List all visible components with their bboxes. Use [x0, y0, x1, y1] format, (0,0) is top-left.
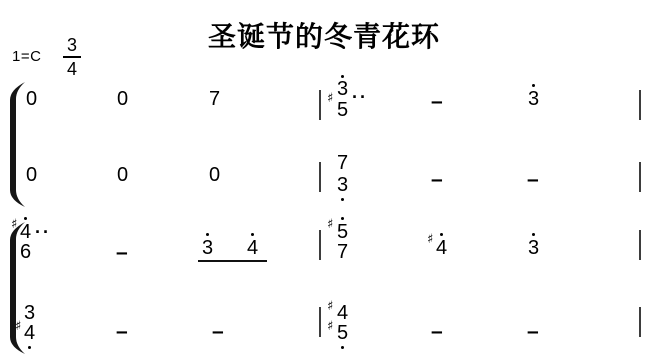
chord-note-top: 3	[24, 303, 35, 323]
octave-dot-below	[341, 198, 344, 201]
rest-note: 0	[26, 165, 37, 185]
dash-sustain: –	[527, 170, 539, 190]
time-signature-numerator: 3	[67, 36, 77, 54]
chord-note-bottom: 4	[24, 323, 35, 343]
duration-dots: ··	[35, 223, 51, 241]
octave-dot-above	[440, 233, 443, 236]
duration-dots: ··	[352, 88, 368, 106]
barline	[319, 90, 321, 120]
chord-note-top: 7	[337, 153, 348, 173]
sharp-accidental: ♯	[327, 300, 333, 313]
barline	[639, 230, 641, 260]
octave-dot-above	[251, 233, 254, 236]
eighth-note-beam	[198, 260, 267, 262]
chord-note-top: 5	[337, 222, 348, 242]
octave-dot-above	[532, 233, 535, 236]
system-bracket	[4, 81, 28, 208]
chord-note-top: 4	[337, 303, 348, 323]
chord-note-bottom: 3	[337, 175, 348, 195]
octave-dot-above	[341, 217, 344, 220]
barline	[319, 162, 321, 192]
note-digit: 4	[247, 238, 258, 258]
octave-dot-above	[532, 84, 535, 87]
barline	[639, 90, 641, 120]
barline	[319, 307, 321, 337]
chord-note-top: 3	[337, 79, 348, 99]
dash-sustain: –	[212, 322, 224, 342]
key-signature: 1=C	[12, 49, 41, 64]
chord-note-bottom: 6	[20, 242, 31, 262]
dash-sustain: –	[431, 170, 443, 190]
sharp-accidental: ♯	[327, 320, 333, 333]
time-signature: 3 4	[61, 36, 83, 78]
octave-dot-above	[341, 75, 344, 78]
sharp-accidental: ♯	[327, 92, 333, 105]
page-title: 圣诞节的冬青花环	[0, 15, 648, 55]
octave-dot-above	[24, 217, 27, 220]
sharp-accidental: ♯	[11, 218, 17, 231]
chord-note-top: 4	[20, 222, 31, 242]
chord-note-bottom: 7	[337, 242, 348, 262]
rest-note: 0	[26, 89, 37, 109]
note-digit: 3	[528, 238, 539, 258]
barline	[639, 162, 641, 192]
note-digit: 7	[209, 89, 220, 109]
octave-dot-above	[206, 233, 209, 236]
sharp-accidental: ♯	[15, 320, 21, 333]
octave-dot-below	[28, 346, 31, 349]
rest-note: 0	[209, 165, 220, 185]
note-digit: 3	[528, 89, 539, 109]
octave-dot-below	[341, 346, 344, 349]
sharp-accidental: ♯	[327, 218, 333, 231]
dash-sustain: –	[116, 243, 128, 263]
barline	[319, 230, 321, 260]
dash-sustain: –	[431, 92, 443, 112]
rest-note: 0	[117, 165, 128, 185]
time-signature-denominator: 4	[67, 60, 77, 78]
note-digit: 3	[202, 238, 213, 258]
sharp-accidental: ♯	[427, 233, 433, 246]
dash-sustain: –	[527, 322, 539, 342]
chord-note-bottom: 5	[337, 100, 348, 120]
dash-sustain: –	[116, 322, 128, 342]
rest-note: 0	[117, 89, 128, 109]
note-digit: 4	[436, 238, 447, 258]
sheet-music-page: 圣诞节的冬青花环 1=C 3 4 0 0 7 ♯ 3 ·· 5 – 3 0 0 …	[0, 0, 648, 360]
fraction-bar	[63, 56, 81, 58]
barline	[639, 307, 641, 337]
chord-note-bottom: 5	[337, 323, 348, 343]
dash-sustain: –	[431, 322, 443, 342]
